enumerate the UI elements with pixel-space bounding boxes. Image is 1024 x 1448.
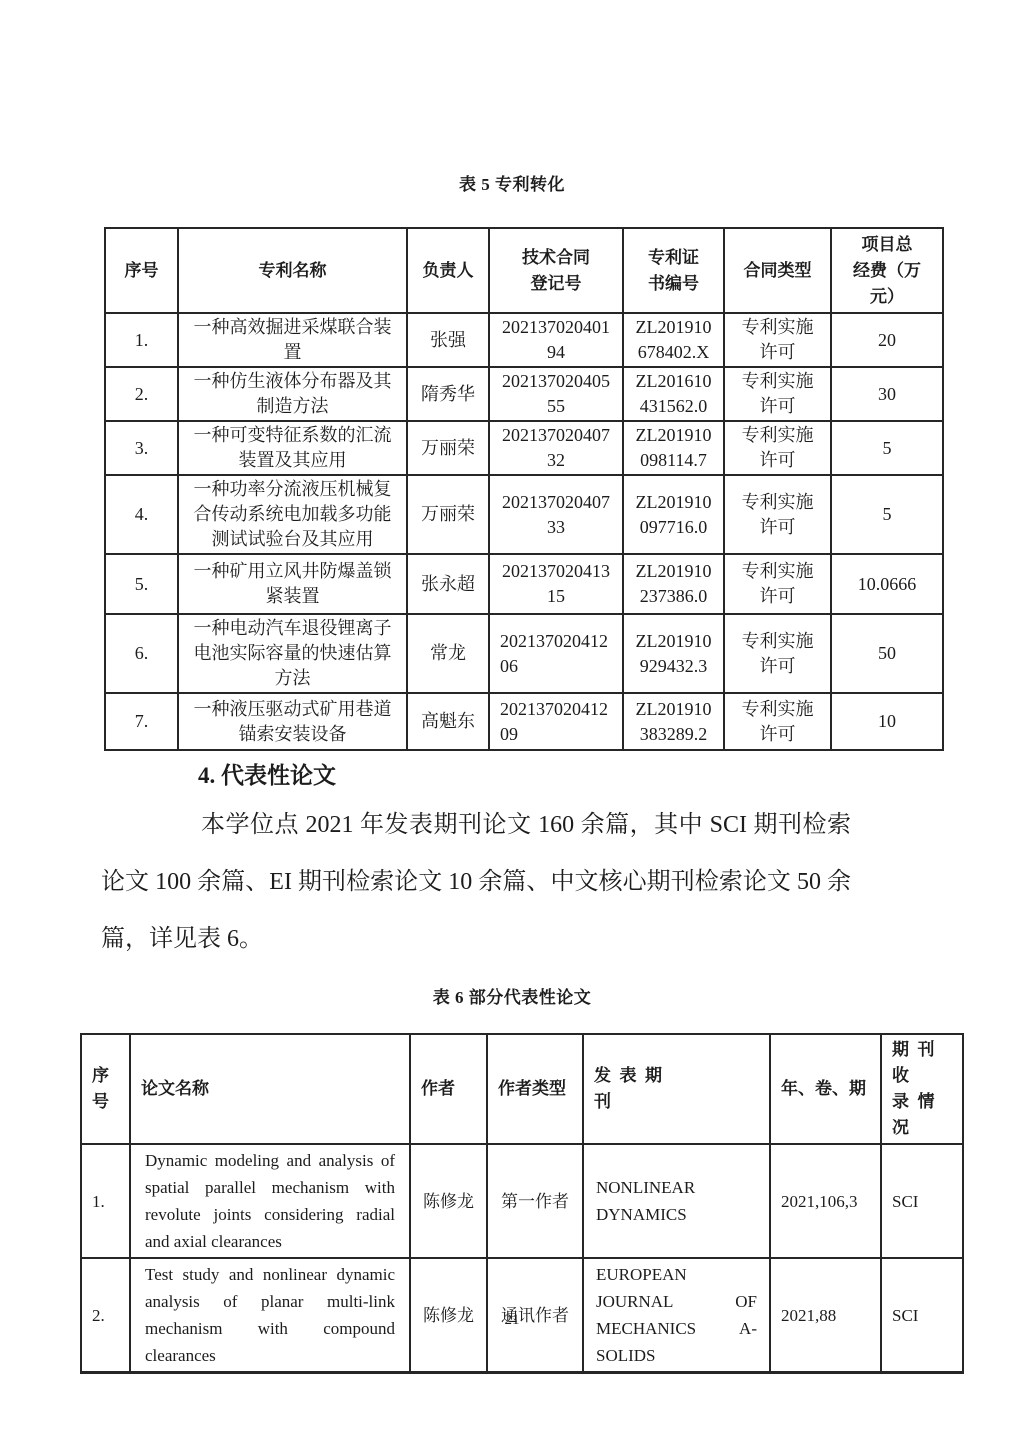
paper-row: 1. Dynamic modeling and analysis of spat…: [81, 1144, 963, 1258]
header-author: 作者: [410, 1034, 487, 1144]
contract-no-cell: 202137020412 09: [489, 693, 623, 750]
header-contract-no: 技术合同 登记号: [489, 228, 623, 313]
patent-no-cell: ZL201910 237386.0: [623, 554, 724, 614]
contract-no-cell: 202137020405 55: [489, 367, 623, 421]
patent-table: 序号 专利名称 负责人 技术合同 登记号 专利证 书编号 合同类型 项目总 经费…: [104, 227, 944, 751]
patent-name-cell: 一种功率分流液压机械复合传动系统电加载多功能测试试验台及其应用: [178, 475, 407, 554]
patent-no-cell: ZL201610 431562.0: [623, 367, 724, 421]
patent-table-title: 表 5 专利转化: [0, 175, 1024, 195]
section-heading: 4. 代表性论文: [198, 762, 336, 790]
contract-no-cell: 202137020401 94: [489, 313, 623, 367]
contract-type-cell: 专利实施 许可: [724, 475, 831, 554]
contract-type-cell: 专利实施 许可: [724, 367, 831, 421]
patent-name-cell: 一种高效掘进采煤联合装置: [178, 313, 407, 367]
owner-cell: 万丽荣: [407, 421, 489, 475]
serial-cell: 4.: [105, 475, 178, 554]
header-journal: 发表期 刊: [583, 1034, 770, 1144]
header-patent-no: 专利证 书编号: [623, 228, 724, 313]
owner-cell: 高魁东: [407, 693, 489, 750]
header-year-vol-issue: 年、卷、期: [770, 1034, 881, 1144]
funding-cell: 5: [831, 475, 943, 554]
header-indexing: 期刊收 录情况: [881, 1034, 963, 1144]
patent-row: 2. 一种仿生液体分布器及其制造方法 隋秀华 202137020405 55 Z…: [105, 367, 943, 421]
funding-cell: 10.0666: [831, 554, 943, 614]
serial-cell: 1.: [105, 313, 178, 367]
papers-table-title: 表 6 部分代表性论文: [0, 988, 1024, 1008]
patent-no-cell: ZL201910 097716.0: [623, 475, 724, 554]
indexing-cell: SCI: [881, 1144, 963, 1258]
contract-no-cell: 202137020413 15: [489, 554, 623, 614]
owner-cell: 万丽荣: [407, 475, 489, 554]
paper-title-cell: Dynamic modeling and analysis of spatial…: [130, 1144, 410, 1258]
header-serial: 序号: [81, 1034, 130, 1144]
contract-no-cell: 202137020407 32: [489, 421, 623, 475]
serial-cell: 1.: [81, 1144, 130, 1258]
contract-no-cell: 202137020412 06: [489, 614, 623, 693]
patent-row: 1. 一种高效掘进采煤联合装置 张强 202137020401 94 ZL201…: [105, 313, 943, 367]
contract-type-cell: 专利实施 许可: [724, 313, 831, 367]
serial-cell: 3.: [105, 421, 178, 475]
contract-type-cell: 专利实施 许可: [724, 421, 831, 475]
header-author-type: 作者类型: [487, 1034, 583, 1144]
patent-name-cell: 一种可变特征系数的汇流装置及其应用: [178, 421, 407, 475]
author-type-cell: 第一作者: [487, 1144, 583, 1258]
patent-name-cell: 一种液压驱动式矿用巷道锚索安装设备: [178, 693, 407, 750]
header-owner: 负责人: [407, 228, 489, 313]
serial-cell: 7.: [105, 693, 178, 750]
owner-cell: 张永超: [407, 554, 489, 614]
header-funding: 项目总 经费（万 元）: [831, 228, 943, 313]
journal-cell: NONLINEAR DYNAMICS: [583, 1144, 770, 1258]
funding-cell: 5: [831, 421, 943, 475]
patent-no-cell: ZL201910 929432.3: [623, 614, 724, 693]
section-paragraph: 本学位点 2021 年发表期刊论文 160 余篇，其中 SCI 期刊检索论文 1…: [101, 797, 851, 968]
header-contract-type: 合同类型: [724, 228, 831, 313]
papers-table-header-row: 序号 论文名称 作者 作者类型 发表期 刊 年、卷、期 期刊收 录情况: [81, 1034, 963, 1144]
funding-cell: 20: [831, 313, 943, 367]
patent-row: 5. 一种矿用立风井防爆盖锁紧装置 张永超 202137020413 15 ZL…: [105, 554, 943, 614]
patent-no-cell: ZL201910 383289.2: [623, 693, 724, 750]
header-serial: 序号: [105, 228, 178, 313]
header-patent-name: 专利名称: [178, 228, 407, 313]
owner-cell: 隋秀华: [407, 367, 489, 421]
patent-table-header-row: 序号 专利名称 负责人 技术合同 登记号 专利证 书编号 合同类型 项目总 经费…: [105, 228, 943, 313]
contract-type-cell: 专利实施 许可: [724, 693, 831, 750]
owner-cell: 常龙: [407, 614, 489, 693]
funding-cell: 10: [831, 693, 943, 750]
patent-no-cell: ZL201910 678402.X: [623, 313, 724, 367]
funding-cell: 50: [831, 614, 943, 693]
patent-row: 3. 一种可变特征系数的汇流装置及其应用 万丽荣 202137020407 32…: [105, 421, 943, 475]
document-page: 表 5 专利转化 序号 专利名称 负责人 技术合同 登记号 专利证 书编号 合同…: [0, 0, 1024, 1448]
page-number: 21: [0, 1311, 1024, 1329]
patent-name-cell: 一种矿用立风井防爆盖锁紧装置: [178, 554, 407, 614]
year-volume-cell: 2021,106,3: [770, 1144, 881, 1258]
serial-cell: 5.: [105, 554, 178, 614]
patent-row: 7. 一种液压驱动式矿用巷道锚索安装设备 高魁东 202137020412 09…: [105, 693, 943, 750]
header-paper-title: 论文名称: [130, 1034, 410, 1144]
patent-row: 4. 一种功率分流液压机械复合传动系统电加载多功能测试试验台及其应用 万丽荣 2…: [105, 475, 943, 554]
patent-row: 6. 一种电动汽车退役锂离子电池实际容量的快速估算方法 常龙 202137020…: [105, 614, 943, 693]
contract-type-cell: 专利实施 许可: [724, 614, 831, 693]
patent-name-cell: 一种电动汽车退役锂离子电池实际容量的快速估算方法: [178, 614, 407, 693]
contract-type-cell: 专利实施 许可: [724, 554, 831, 614]
funding-cell: 30: [831, 367, 943, 421]
owner-cell: 张强: [407, 313, 489, 367]
contract-no-cell: 202137020407 33: [489, 475, 623, 554]
author-cell: 陈修龙: [410, 1144, 487, 1258]
patent-name-cell: 一种仿生液体分布器及其制造方法: [178, 367, 407, 421]
serial-cell: 6.: [105, 614, 178, 693]
serial-cell: 2.: [105, 367, 178, 421]
patent-no-cell: ZL201910 098114.7: [623, 421, 724, 475]
